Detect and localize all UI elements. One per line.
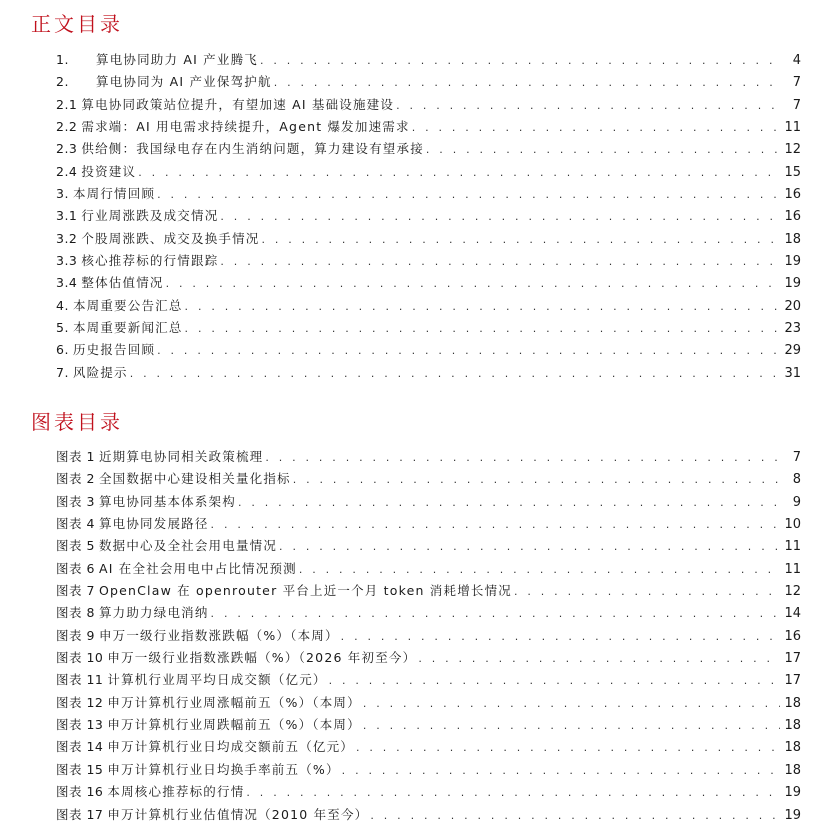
page-number[interactable]: 19 [784,782,801,804]
dot-leader [265,447,781,469]
page-number[interactable]: 16 [784,184,801,206]
page-number[interactable]: 18 [784,715,801,737]
entry-number: 3. [56,183,69,205]
figure-entry[interactable]: 图表 16本周核心推荐标的行情19 [56,781,801,803]
entry-title[interactable]: 供给侧：我国绿电存在内生消纳问题，算力建设有望承接 [81,138,424,160]
entry-title[interactable]: 本周重要新闻汇总 [73,317,183,339]
toc-entry[interactable]: 2.2需求端：AI 用电需求持续提升，Agent 爆发加速需求11 [56,116,801,138]
entry-title[interactable]: 算电协同政策站位提升，有望加速 AI 基础设施建设 [81,94,394,116]
figure-entry[interactable]: 图表 15申万计算机行业日均换手率前五（%）18 [56,759,801,781]
toc-entry[interactable]: 3.3核心推荐标的行情跟踪19 [56,250,801,272]
figure-list: 图表 1近期算电协同相关政策梳理7图表 2全国数据中心建设相关量化指标8图表 3… [56,446,801,826]
entry-title[interactable]: 行业周涨跌及成交情况 [81,205,218,227]
figure-entry[interactable]: 图表 12申万计算机行业周涨幅前五（%）（本周）18 [56,692,801,714]
page-number[interactable]: 20 [784,296,801,318]
toc-entry[interactable]: 2.4投资建议15 [56,161,801,183]
dot-leader [238,492,781,514]
entry-number: 2.4 [56,161,77,183]
entry-title[interactable]: 申万计算机行业周涨幅前五（%）（本周） [107,692,360,714]
dot-leader [341,626,781,648]
dot-leader [260,50,781,72]
entry-number: 图表 8 [56,602,95,624]
toc-entry[interactable]: 5.本周重要新闻汇总23 [56,317,801,339]
dot-leader [279,536,780,558]
page-number[interactable]: 29 [784,340,801,362]
toc-entry[interactable]: 3.本周行情回顾16 [56,183,801,205]
entry-number: 图表 17 [56,804,103,826]
entry-number: 图表 13 [56,714,103,736]
entry-number: 3.4 [56,272,77,294]
dot-leader [220,251,780,273]
entry-title[interactable]: AI 在全社会用电中占比情况预测 [99,558,297,580]
page-number[interactable]: 9 [785,492,801,514]
page-number[interactable]: 10 [784,514,801,536]
figure-list-heading: 图表目录 [31,410,123,434]
entry-number: 图表 12 [56,692,103,714]
entry-number: 图表 10 [56,647,103,669]
figure-entry[interactable]: 图表 3算电协同基本体系架构9 [56,491,801,513]
entry-number: 2.3 [56,138,77,160]
entry-title[interactable]: 个股周涨跌、成交及换手情况 [81,228,259,250]
figure-entry[interactable]: 图表 9申万一级行业指数涨跌幅（%）（本周）16 [56,625,801,647]
entry-number: 3.2 [56,228,77,250]
dot-leader [166,273,781,295]
page-number[interactable]: 12 [784,581,801,603]
entry-number: 图表 4 [56,513,95,535]
page-number[interactable]: 18 [784,693,801,715]
entry-number: 图表 5 [56,535,95,557]
page-number[interactable]: 19 [784,251,801,273]
entry-number: 图表 3 [56,491,95,513]
dot-leader [274,72,781,94]
entry-title[interactable]: 本周行情回顾 [73,183,155,205]
entry-number: 图表 14 [56,736,103,758]
entry-number: 图表 7 [56,580,95,602]
entry-title[interactable]: 风险提示 [73,362,128,384]
page-number[interactable]: 17 [784,670,801,692]
toc-entry[interactable]: 7.风险提示31 [56,362,801,384]
page-number[interactable]: 15 [784,162,801,184]
toc-list: 1.算电协同助力 AI 产业腾飞42.算电协同为 AI 产业保驾护航72.1算电… [56,49,801,384]
figure-entry[interactable]: 图表 10申万一级行业指数涨跌幅（%）（2026 年初至今）17 [56,647,801,669]
dot-leader [211,514,781,536]
figure-entry[interactable]: 图表 5数据中心及全社会用电量情况11 [56,535,801,557]
entry-title[interactable]: 计算机行业周平均日成交额（亿元） [107,669,326,691]
entry-number: 1. [56,49,92,71]
entry-number: 4. [56,295,69,317]
entry-title[interactable]: 近期算电协同相关政策梳理 [99,446,263,468]
entry-title[interactable]: 申万计算机行业估值情况（2010 年至今） [107,804,368,826]
entry-number: 2.1 [56,94,77,116]
entry-title[interactable]: 核心推荐标的行情跟踪 [81,250,218,272]
dot-leader [370,805,780,827]
dot-leader [356,737,780,759]
dot-leader [157,184,780,206]
figure-entry[interactable]: 图表 8算力助力绿电消纳14 [56,602,801,624]
entry-title[interactable]: 全国数据中心建设相关量化指标 [99,468,291,490]
entry-title[interactable]: 算电协同发展路径 [99,513,209,535]
figure-entry[interactable]: 图表 14申万计算机行业日均成交额前五（亿元）18 [56,736,801,758]
entry-title[interactable]: 申万一级行业指数涨跌幅（%）（2026 年初至今） [107,647,416,669]
page-number[interactable]: 19 [784,805,801,827]
page-number[interactable]: 8 [785,469,801,491]
dot-leader [138,162,780,184]
entry-number: 5. [56,317,69,339]
toc-heading: 正文目录 [31,12,123,36]
entry-number: 图表 9 [56,625,95,647]
entry-number: 3.3 [56,250,77,272]
entry-title[interactable]: 算电协同助力 AI 产业腾飞 [96,49,258,71]
entry-number: 图表 16 [56,781,103,803]
entry-title[interactable]: 本周核心推荐标的行情 [107,781,244,803]
entry-number: 图表 11 [56,669,103,691]
toc-entry[interactable]: 1.算电协同助力 AI 产业腾飞4 [56,49,801,71]
dot-leader [220,206,780,228]
page-number[interactable]: 14 [784,603,801,625]
dot-leader [246,782,780,804]
page-number[interactable]: 23 [784,318,801,340]
entry-title[interactable]: 算电协同为 AI 产业保驾护航 [96,71,272,93]
page-number[interactable]: 16 [784,206,801,228]
entry-title[interactable]: 申万一级行业指数涨跌幅（%）（本周） [99,625,339,647]
dot-leader [262,229,781,251]
figure-entry[interactable]: 图表 1近期算电协同相关政策梳理7 [56,446,801,468]
page-number[interactable]: 7 [785,447,801,469]
entry-number: 6. [56,339,69,361]
figure-entry[interactable]: 图表 2全国数据中心建设相关量化指标8 [56,468,801,490]
page-number[interactable]: 18 [784,737,801,759]
figure-entry[interactable]: 图表 13申万计算机行业周跌幅前五（%）（本周）18 [56,714,801,736]
entry-number: 图表 15 [56,759,103,781]
entry-number: 7. [56,362,69,384]
page-number[interactable]: 11 [784,117,801,139]
page-number[interactable]: 11 [784,536,801,558]
entry-number: 图表 1 [56,446,95,468]
page-number[interactable]: 11 [784,559,801,581]
entry-title[interactable]: 本周重要公告汇总 [73,295,183,317]
entry-number: 图表 6 [56,558,95,580]
entry-title[interactable]: 申万计算机行业周跌幅前五（%）（本周） [107,714,360,736]
toc-entry[interactable]: 2.3供给侧：我国绿电存在内生消纳问题，算力建设有望承接12 [56,138,801,160]
entry-title[interactable]: 投资建议 [81,161,136,183]
figure-entry[interactable]: 图表 4算电协同发展路径10 [56,513,801,535]
figure-entry[interactable]: 图表 11计算机行业周平均日成交额（亿元）17 [56,669,801,691]
entry-title[interactable]: 历史报告回顾 [73,339,155,361]
dot-leader [329,670,781,692]
dot-leader [185,318,781,340]
entry-title[interactable]: 需求端：AI 用电需求持续提升，Agent 爆发加速需求 [81,116,409,138]
page-number[interactable]: 18 [784,229,801,251]
page-number[interactable]: 19 [784,273,801,295]
page-number[interactable]: 7 [785,72,801,94]
toc-entry[interactable]: 2.算电协同为 AI 产业保驾护航7 [56,71,801,93]
page-number[interactable]: 4 [785,50,801,72]
toc-entry[interactable]: 3.2个股周涨跌、成交及换手情况18 [56,228,801,250]
toc-entry[interactable]: 6.历史报告回顾29 [56,339,801,361]
page-number[interactable]: 7 [785,95,801,117]
figure-entry[interactable]: 图表 17申万计算机行业估值情况（2010 年至今）19 [56,804,801,826]
entry-number: 3.1 [56,205,77,227]
dot-leader [418,648,780,670]
dot-leader [293,469,781,491]
toc-entry[interactable]: 4.本周重要公告汇总20 [56,295,801,317]
entry-title[interactable]: OpenClaw 在 openrouter 平台上近一个月 token 消耗增长… [99,580,512,602]
page-number[interactable]: 18 [784,760,801,782]
dot-leader [299,559,781,581]
dot-leader [396,95,781,117]
toc-entry[interactable]: 2.1算电协同政策站位提升，有望加速 AI 基础设施建设7 [56,94,801,116]
figure-entry[interactable]: 图表 6AI 在全社会用电中占比情况预测11 [56,558,801,580]
toc-entry[interactable]: 3.1行业周涨跌及成交情况16 [56,205,801,227]
page-number[interactable]: 16 [784,626,801,648]
entry-title[interactable]: 算电协同基本体系架构 [99,491,236,513]
entry-title[interactable]: 算力助力绿电消纳 [99,602,209,624]
dot-leader [130,363,781,385]
toc-entry[interactable]: 3.4整体估值情况19 [56,272,801,294]
dot-leader [342,760,781,782]
entry-title[interactable]: 申万计算机行业日均换手率前五（%） [107,759,339,781]
entry-number: 2. [56,71,92,93]
dot-leader [363,715,781,737]
entry-number: 图表 2 [56,468,95,490]
entry-title[interactable]: 申万计算机行业日均成交额前五（亿元） [107,736,354,758]
dot-leader [514,581,780,603]
dot-leader [412,117,781,139]
dot-leader [185,296,781,318]
page-number[interactable]: 31 [784,363,801,385]
entry-number: 2.2 [56,116,77,138]
entry-title[interactable]: 数据中心及全社会用电量情况 [99,535,277,557]
page-number[interactable]: 17 [784,648,801,670]
dot-leader [211,603,781,625]
page-number[interactable]: 12 [784,139,801,161]
entry-title[interactable]: 整体估值情况 [81,272,163,294]
dot-leader [157,340,780,362]
dot-leader [426,139,781,161]
figure-entry[interactable]: 图表 7OpenClaw 在 openrouter 平台上近一个月 token … [56,580,801,602]
dot-leader [363,693,781,715]
